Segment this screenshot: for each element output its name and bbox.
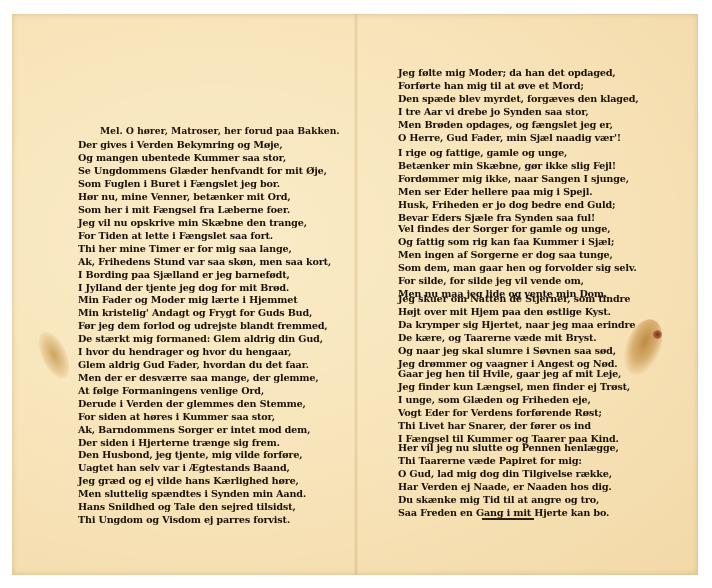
left-stanza-5: Den Husbond, jeg tjente, mig vilde forfø…: [78, 450, 306, 527]
verse-line: Thi Livet har Snarer, der fører os ind: [398, 421, 630, 434]
verse-line: Vel findes der Sorger for gamle og unge,: [398, 224, 637, 237]
left-stanza-3: Min Fader og Moder mig lærte i Hjemmet M…: [78, 295, 328, 372]
left-stanza-1: Der gives i Verden Bekymring og Møje, Og…: [78, 140, 327, 217]
verse-line: Den spæde blev myrdet, forgæves den klag…: [398, 94, 639, 107]
melody-line: Mel. O hører, Matroser, her forud paa Ba…: [100, 126, 340, 137]
verse-line: Ak, Frihedens Stund var saa skøn, men sa…: [78, 257, 331, 270]
verse-line: Jeg finder kun Længsel, men finder ej Tr…: [398, 382, 630, 395]
verse-line: Jeg vil nu opskrive min Skæbne den trang…: [78, 218, 331, 231]
verse-line: Har Verden ej Naade, er Naaden hos dig.: [398, 482, 619, 495]
verse-line: Min Fader og Moder mig lærte i Hjemmet: [78, 295, 328, 308]
verse-line: Men der er desværre saa mange, der glemm…: [78, 373, 319, 386]
verse-line: Der gives i Verden Bekymring og Møje,: [78, 140, 327, 153]
verse-line: Hans Snildhed og Tale den sejred tilsids…: [78, 502, 306, 515]
verse-line: Før jeg dem forlod og udrejste blandt fr…: [78, 321, 328, 334]
verse-line: Da krymper sig Hjertet, naar jeg maa eri…: [398, 320, 635, 333]
verse-line: Thi Ungdom og Visdom ej parres forvist.: [78, 515, 306, 528]
verse-line: Betænker min Skæbne, gør ikke slig Fejl!: [398, 161, 629, 174]
center-fold: [354, 14, 358, 575]
verse-line: Derude i Verden der glemmes den Stemme,: [78, 399, 319, 412]
right-stanza-5: Gaar jeg hen til Hvile, gaar jeg af mit …: [398, 369, 630, 446]
right-stanza-1: Jeg følte mig Moder; da han det opdaged,…: [398, 68, 639, 145]
verse-line: I unge, som Glæden og Friheden eje,: [398, 395, 630, 408]
verse-line: Men sluttelig spændtes i Synden min Aand…: [78, 489, 306, 502]
verse-line: I tre Aar vi drebe jo Synden saa stor,: [398, 107, 639, 120]
verse-line: Min kristelig' Andagt og Frygt for Guds …: [78, 308, 328, 321]
verse-line: I Bording paa Sjælland er jeg barnefødt,: [78, 270, 331, 283]
verse-line: Se Ungdommens Glæder henfvandt for mit Ø…: [78, 166, 327, 179]
verse-line: At følge Formaningens venlige Ord,: [78, 386, 319, 399]
verse-line: Ak, Barndommens Sorger er intet mod dem,: [78, 425, 319, 438]
verse-line: Men Brøden opdages, og fængslet jeg er,: [398, 120, 639, 133]
verse-line: Thi Taarerne væde Papiret for mig:: [398, 456, 619, 469]
verse-line: Glem aldrig Gud Fader, hvordan du det fa…: [78, 360, 328, 373]
verse-line: Og fattig som rig kan faa Kummer i Sjæl;: [398, 237, 637, 250]
verse-line: O Herre, Gud Fader, min Sjæl naadig vær'…: [398, 133, 639, 146]
stain-right-core: [653, 330, 662, 339]
verse-line: O Gud, lad mig dog din Tilgivelse række,: [398, 469, 619, 482]
verse-line: Jeg græd og ej vilde hans Kærlighed høre…: [78, 476, 306, 489]
verse-line: Hør nu, mine Venner, betænker mit Ord,: [78, 192, 327, 205]
verse-line: Jeg følte mig Moder; da han det opdaged,: [398, 68, 639, 81]
verse-line: Men ser Eder hellere paa mig i Spejl.: [398, 187, 629, 200]
verse-line: De kære, og Taarerne væde mit Bryst.: [398, 333, 635, 346]
right-stanza-3: Vel findes der Sorger for gamle og unge,…: [398, 224, 637, 301]
verse-line: Thi her mine Timer er for mig saa lange,: [78, 244, 331, 257]
verse-line: Her vil jeg nu slutte og Pennen henlægge…: [398, 443, 619, 456]
verse-line: Og naar jeg skal slumre i Søvnen saa sød…: [398, 346, 635, 359]
verse-line: Vogt Eder for Verdens forførende Røst;: [398, 408, 630, 421]
left-stanza-4: Men der er desværre saa mange, der glemm…: [78, 373, 319, 450]
verse-line: I rige og fattige, gamle og unge,: [398, 148, 629, 161]
verse-line: Husk, Friheden er jo dog bedre end Guld;: [398, 200, 629, 213]
verse-line: De stærkt mig formaned: Glem aldrig din …: [78, 334, 328, 347]
verse-line: Jeg skuer om Natten de Stjerner, som tin…: [398, 294, 635, 307]
verse-line: Som her i mit Fængsel fra Læberne foer.: [78, 205, 327, 218]
verse-line: For siden at høres i Kummer saa stor,: [78, 412, 319, 425]
verse-line: Du skænke mig Tid til at angre og tro,: [398, 495, 619, 508]
end-rule-divider: [482, 518, 534, 520]
right-stanza-4: Jeg skuer om Natten de Stjerner, som tin…: [398, 294, 635, 371]
verse-line: Uagtet han selv var i Ægtestands Baand,: [78, 463, 306, 476]
verse-line: I Jylland der tjente jeg dog for mit Brø…: [78, 283, 331, 296]
right-stanza-6: Her vil jeg nu slutte og Pennen henlægge…: [398, 443, 619, 520]
verse-line: Den Husbond, jeg tjente, mig vilde forfø…: [78, 450, 306, 463]
right-stanza-2: I rige og fattige, gamle og unge, Betænk…: [398, 148, 629, 225]
verse-line: Højt over mit Hjem paa den østlige Kyst.: [398, 307, 635, 320]
verse-line: Som Fuglen i Buret i Fængslet jeg bor.: [78, 179, 327, 192]
show-through-title: ​ ​: [40, 66, 300, 114]
verse-line: Men ingen af Sorgerne er dog saa tunge,: [398, 250, 637, 263]
verse-line: Som dem, man gaar hen og forvolder sig s…: [398, 263, 637, 276]
verse-line: Og mangen ubentede Kummer saa stor,: [78, 153, 327, 166]
verse-line: Der siden i Hjerterne trænge sig frem.: [78, 438, 319, 451]
verse-line: Gaar jeg hen til Hvile, gaar jeg af mit …: [398, 369, 630, 382]
verse-line: Fordømmer mig ikke, naar Sangen I sjunge…: [398, 174, 629, 187]
verse-line: For Tiden at lette i Fængslet saa fort.: [78, 231, 331, 244]
verse-line: I hvor du hendrager og hvor du hengaar,: [78, 347, 328, 360]
verse-line: Forførte han mig til at øve et Mord;: [398, 81, 639, 94]
verse-line: For silde, for silde jeg vil vende om,: [398, 276, 637, 289]
left-stanza-2: Jeg vil nu opskrive min Skæbne den trang…: [78, 218, 331, 295]
